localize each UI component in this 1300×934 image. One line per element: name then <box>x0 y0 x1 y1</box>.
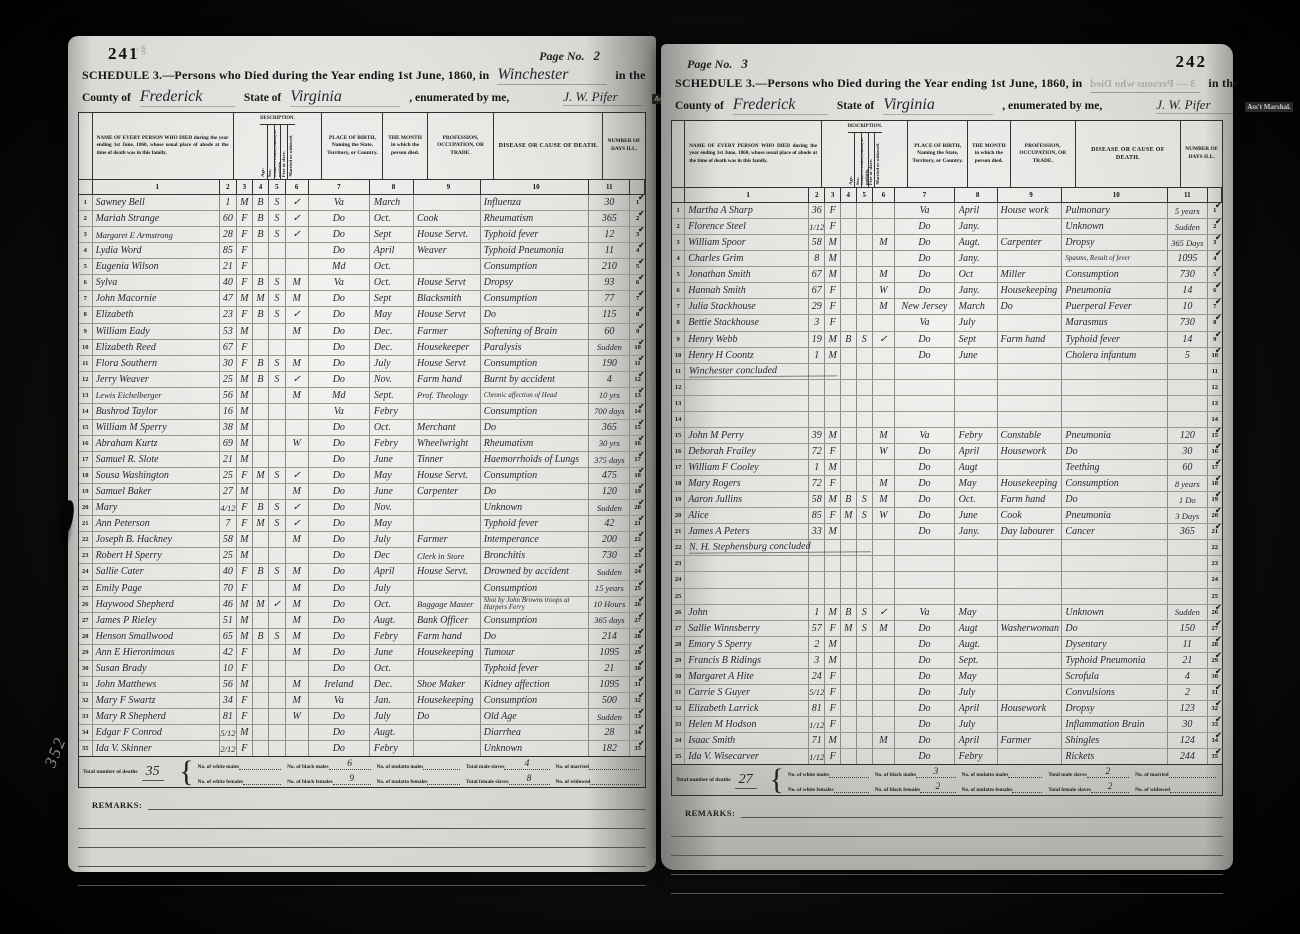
occupation-cell <box>998 749 1063 764</box>
cause-cell-text: Unknown <box>1065 607 1103 618</box>
days-ill-cell: 93 <box>589 275 630 290</box>
days-ill-cell: 2 <box>1168 685 1208 700</box>
birthplace-cell-text: Do <box>918 526 930 537</box>
name-cell: William Eady <box>93 324 220 339</box>
name-cell-text: William F Cooley <box>688 462 759 473</box>
married-cell <box>873 637 896 652</box>
slave-cell-text: S <box>862 334 867 345</box>
color-cell <box>841 219 857 234</box>
cause-cell-text: Typhoid Pneumonia <box>484 245 564 256</box>
birthplace-cell: Do <box>309 661 370 676</box>
cause-cell <box>1062 412 1168 427</box>
age-cell-text: 27 <box>223 486 233 497</box>
cause-cell-text: Do <box>1065 623 1077 634</box>
table-row: 1Martha A Sharp36FVaAprilHouse workPulmo… <box>672 203 1222 219</box>
column-number: 8 <box>955 188 998 202</box>
sex-cell-text: M <box>828 526 836 537</box>
name-cell-text: Ida V. Wisecarver <box>688 751 759 762</box>
birthplace-cell-text: Do <box>918 623 930 634</box>
days-ill-cell-text: 21 <box>1182 655 1192 666</box>
cause-cell: Typhoid fever <box>481 227 590 242</box>
sex-cell-text: M <box>240 293 248 304</box>
color-cell-text: B <box>257 229 263 240</box>
cause-cell-text: Consumption <box>1065 269 1118 280</box>
birthplace-cell-text: Do <box>918 478 930 489</box>
column-number: 10 <box>1062 188 1168 202</box>
days-ill-cell: 10 yrs <box>589 388 630 403</box>
cause-cell <box>1062 396 1168 411</box>
month-cell-text: March <box>374 197 400 208</box>
row-number-cell: 5 <box>79 259 93 274</box>
cause-cell-text: Unknown <box>484 502 522 513</box>
color-cell: M <box>253 516 269 531</box>
cause-cell-text: Puerperal Fever <box>1065 301 1131 312</box>
table-row: 26John1MBS✓VaMayUnknownSudden26✓ <box>672 605 1222 621</box>
cause-cell-text: Influenza <box>484 197 521 208</box>
row-number-cell: 8 <box>79 307 93 322</box>
name-cell-text: James P Rieley <box>96 615 157 626</box>
occupation-cell: House Servt <box>414 307 481 322</box>
birthplace-cell <box>895 572 954 587</box>
occupation-cell-text: Farmer <box>417 534 448 545</box>
table-row: 28Emory S Sperry2MDoAugt.Dysentary1128✓ <box>672 637 1222 653</box>
sex-cell-text: M <box>240 534 248 545</box>
occupation-cell-text: House Servt <box>417 358 466 369</box>
married-cell <box>873 589 896 604</box>
cause-cell: Burnt by accident <box>481 372 590 387</box>
occupation-cell-text: House work <box>1001 205 1049 216</box>
row-number-cell: 20 <box>672 508 685 523</box>
occupation-cell <box>998 589 1063 604</box>
married-cell <box>286 340 309 355</box>
days-ill-cell: Sudden <box>589 340 630 355</box>
state-label: State of <box>837 100 874 112</box>
cause-cell: Pneumonia <box>1062 283 1168 298</box>
age-cell <box>809 572 826 587</box>
checkmark: ✓ <box>638 243 645 251</box>
totals-item-label: No. of mulatto males <box>962 772 1009 778</box>
color-cell <box>253 340 269 355</box>
color-cell <box>841 749 857 764</box>
color-cell <box>841 572 857 587</box>
name-cell-text: Haywood Shepherd <box>96 599 174 610</box>
sex-cell-text: F <box>241 583 247 594</box>
birthplace-cell-text: Do <box>918 253 930 264</box>
days-ill-cell-text: Sudden <box>597 503 622 513</box>
cause-cell: Scrofula <box>1062 669 1168 684</box>
married-cell <box>286 741 309 756</box>
remarks-rule <box>671 818 1223 837</box>
month-cell: July <box>370 581 414 596</box>
color-cell <box>841 428 857 443</box>
days-ill-cell-text: 30 <box>1182 719 1192 730</box>
name-cell: Robert H Sperry <box>93 548 220 563</box>
month-cell-text: April <box>959 735 980 746</box>
birthplace-cell-text: Va <box>919 430 929 441</box>
age-cell-text: 1/12 <box>809 752 824 762</box>
days-ill-cell: 60 <box>589 324 630 339</box>
row-number-cell: 18 <box>672 476 685 491</box>
slave-cell <box>857 412 873 427</box>
row-number-cell: 12 <box>672 380 685 395</box>
sex-cell: F <box>825 669 840 684</box>
age-cell: 72 <box>809 476 826 491</box>
row-number-cell: 17✓ <box>1208 460 1222 475</box>
month-cell-text: Febry <box>959 430 983 441</box>
days-ill-cell-text: 10 yrs <box>599 390 620 400</box>
cause-cell: Bronchitis <box>481 548 590 563</box>
color-cell <box>253 709 269 724</box>
cause-cell-text: Do <box>484 631 496 642</box>
column-number: 10 <box>481 180 590 194</box>
slave-cell-text: S <box>862 494 867 505</box>
birthplace-cell-text: Do <box>333 486 345 497</box>
sex-cell: F <box>825 444 840 459</box>
month-cell: Febry <box>955 749 998 764</box>
month-cell: Febry <box>370 629 414 644</box>
cause-cell-text: Convulsions <box>1065 687 1114 698</box>
color-cell-text: B <box>257 309 263 320</box>
totals-item: No. of white males <box>788 772 869 778</box>
age-cell: 1 <box>809 605 826 620</box>
month-cell-text: Sept <box>374 229 391 240</box>
row-number-cell: 9✓ <box>1208 332 1222 347</box>
birthplace-cell-text: Do <box>918 350 930 361</box>
mortality-table: NAME OF EVERY PERSON WHO DIED during the… <box>671 120 1223 765</box>
month-cell-text: Oct. <box>374 663 391 674</box>
row-number-cell: 29✓ <box>1208 653 1222 668</box>
month-cell: Jany. <box>955 251 998 266</box>
age-cell-text: 39 <box>812 430 822 441</box>
empty-cell <box>1168 364 1208 379</box>
month-cell-text: May <box>959 607 977 618</box>
days-ill-cell-text: 8 years <box>1175 479 1200 489</box>
age-cell-text: 57 <box>812 623 822 634</box>
color-cell <box>253 548 269 563</box>
birthplace-cell: Do <box>309 468 370 483</box>
column-number: 6 <box>873 188 896 202</box>
remarks-label: REMARKS: <box>92 800 142 810</box>
month-cell-text: Augt <box>959 462 978 473</box>
married-cell-text: ✓ <box>292 213 300 224</box>
name-cell-text: John M Perry <box>688 430 744 441</box>
checkmark: ✓ <box>638 404 645 412</box>
birthplace-cell: Do <box>895 476 954 491</box>
days-ill-cell: 1095 <box>1168 251 1208 266</box>
month-cell: April <box>955 701 998 716</box>
cause-cell: Kidney affection <box>481 677 590 692</box>
birthplace-cell-text: Va <box>919 205 929 216</box>
birthplace-cell-text: Do <box>333 631 345 642</box>
totals-item-value <box>589 769 639 770</box>
age-cell-text: 40 <box>223 277 233 288</box>
slave-cell-text: S <box>274 293 279 304</box>
checkmark: ✓ <box>638 388 645 396</box>
month-cell: Dec. <box>370 324 414 339</box>
row-number-cell: 7✓ <box>630 291 645 306</box>
name-cell-text: Jonathan Smith <box>688 269 751 280</box>
age-cell: 56 <box>220 388 237 403</box>
slave-cell-text: S <box>274 374 279 385</box>
month-cell: April <box>955 444 998 459</box>
month-cell <box>955 556 998 571</box>
married-cell <box>873 556 896 571</box>
days-ill-cell-text: 4 <box>1185 671 1190 682</box>
occupation-cell: Prof. Theology <box>414 388 481 403</box>
row-number-cell: 3✓ <box>630 227 645 242</box>
table-row: 23Robert H Sperry25MDoDecClerk in StoreB… <box>79 548 645 564</box>
row-number-cell: 10 <box>79 340 93 355</box>
married-cell <box>286 725 309 740</box>
occupation-cell-text: Weaver <box>417 245 447 256</box>
table-row: 1414 <box>672 412 1222 428</box>
color-cell <box>253 613 269 628</box>
color-cell <box>253 484 269 499</box>
birthplace-cell-text: Do <box>333 213 345 224</box>
age-cell: 21 <box>220 259 237 274</box>
row-number-cell: 1✓ <box>1208 203 1222 218</box>
month-cell-text: Sept <box>959 334 976 345</box>
totals-lines: No. of white malesNo. of black males6No.… <box>198 757 645 787</box>
age-cell-text: 25 <box>223 470 233 481</box>
month-cell-text: July <box>374 358 391 369</box>
schedule-title: SCHEDULE 3.—Persons who Died during the … <box>675 74 1225 93</box>
birthplace-cell-text: Do <box>333 422 345 433</box>
row-number-cell: 29✓ <box>630 645 645 660</box>
row-number-cell: 2 <box>672 219 685 234</box>
empty-cell <box>1062 364 1168 379</box>
occupation-cell: Do <box>414 709 481 724</box>
total-deaths-value: 35 <box>142 764 164 781</box>
month-cell-text: June <box>374 454 393 465</box>
row-number-cell: 20✓ <box>630 500 645 515</box>
age-cell: 1 <box>220 195 237 210</box>
month-cell: Oct. <box>370 420 414 435</box>
row-number-cell: 15 <box>79 420 93 435</box>
birthplace-cell: Do <box>895 267 954 282</box>
checkmark: ✓ <box>1215 749 1222 757</box>
married-cell: M <box>286 275 309 290</box>
totals-item-value <box>423 769 460 770</box>
married-cell: M <box>286 484 309 499</box>
sex-cell-text: F <box>241 711 247 722</box>
occupation-cell: House Servt <box>414 356 481 371</box>
slave-cell-text: S <box>274 277 279 288</box>
days-ill-cell-text: 5 years <box>1175 206 1200 216</box>
row-number-cell: 6✓ <box>630 275 645 290</box>
row-number-cell: 20✓ <box>1208 508 1222 523</box>
sex-cell-text: F <box>830 510 836 521</box>
cause-cell-text: Inflammation Brain <box>1065 719 1144 730</box>
days-ill-cell-text: Sudden <box>597 567 622 577</box>
age-cell: 72 <box>809 444 826 459</box>
checkmark: ✓ <box>638 709 645 717</box>
table-row: 31Carrie S Guyer5/12FDoJulyConvulsions23… <box>672 685 1222 701</box>
month-cell: May <box>370 468 414 483</box>
sex-cell: M <box>825 348 840 363</box>
checkmark: ✓ <box>1215 332 1222 340</box>
month-cell-text: Nov. <box>374 374 392 385</box>
name-cell-text: Hannah Smith <box>688 285 746 296</box>
occupation-cell-text: Housework <box>1001 703 1047 714</box>
birthplace-cell <box>895 412 954 427</box>
birthplace-cell-text: Do <box>333 599 345 610</box>
days-ill-cell: 5 years <box>1168 203 1208 218</box>
name-cell: Flora Southern <box>93 356 220 371</box>
row-number-cell: 9 <box>79 324 93 339</box>
sex-cell-text: M <box>828 237 836 248</box>
table-row: 35Ida V. Wisecarver1/12FDoFebryRickets24… <box>672 749 1222 764</box>
month-cell-text: Oct. <box>374 277 391 288</box>
occupation-cell: Farmer <box>998 733 1063 748</box>
totals-item-value: 2 <box>920 783 955 793</box>
age-cell-text: 46 <box>223 599 233 610</box>
name-cell: John Macornie <box>93 291 220 306</box>
sex-cell: F <box>825 219 840 234</box>
age-cell-text: 1 <box>225 197 230 208</box>
days-ill-cell: 12 <box>589 227 630 242</box>
occupation-cell: House Servt. <box>414 468 481 483</box>
age-cell: 40 <box>220 275 237 290</box>
name-cell: Edgar F Conrod <box>93 725 220 740</box>
color-cell-text: B <box>845 494 851 505</box>
color-cell <box>841 444 857 459</box>
birthplace-cell: Va <box>895 428 954 443</box>
sex-cell-text: F <box>241 229 247 240</box>
sex-cell-text: F <box>241 213 247 224</box>
occupation-cell-text: Miller <box>1001 269 1026 280</box>
married-cell <box>286 404 309 419</box>
birthplace-cell: Do <box>309 227 370 242</box>
married-cell: M <box>286 564 309 579</box>
age-cell-text: 56 <box>223 390 233 401</box>
color-cell <box>841 524 857 539</box>
checkmark: ✓ <box>1215 621 1222 629</box>
days-ill-cell: 11 <box>1168 637 1208 652</box>
sex-cell: M <box>237 629 253 644</box>
age-cell-text: 72 <box>812 478 822 489</box>
age-cell: 25 <box>220 468 237 483</box>
month-cell-text: April <box>374 245 395 256</box>
slave-cell <box>269 693 285 708</box>
table-row: 16Deborah Frailey72FWDoAprilHouseworkDo3… <box>672 444 1222 460</box>
occupation-cell <box>998 380 1063 395</box>
cause-cell: Dropsy <box>1062 701 1168 716</box>
district-concluded-note: Winchester concluded <box>688 364 836 377</box>
married-cell-text: M <box>292 486 300 497</box>
married-cell <box>873 653 896 668</box>
married-cell-text: M <box>879 430 887 441</box>
name-cell-text: Abraham Kurtz <box>96 438 158 449</box>
row-number-cell: 35✓ <box>1208 749 1222 764</box>
sex-cell-text: M <box>828 607 836 618</box>
birthplace-cell-text: Do <box>918 334 930 345</box>
name-cell-text: Sallie Winnsberry <box>688 623 759 634</box>
days-ill-cell-text: 60 <box>604 326 614 337</box>
slave-cell <box>269 243 285 258</box>
checkmark: ✓ <box>638 484 645 492</box>
column-header-occupation: PROFESSION, OCCUPATION, OR TRADE. <box>428 113 495 179</box>
name-cell-text: Samuel Baker <box>96 486 152 497</box>
age-cell: 70 <box>220 581 237 596</box>
row-number-cell: 31 <box>672 685 685 700</box>
page-no-label: Page No. <box>687 57 732 71</box>
married-cell-text: ✓ <box>879 607 887 618</box>
days-ill-cell-text: 150 <box>1180 623 1195 634</box>
table-row: 26Haywood Shepherd46MM✓MDoOct.Baggage Ma… <box>79 597 645 613</box>
occupation-cell: Blacksmith <box>414 291 481 306</box>
color-cell: B <box>253 211 269 226</box>
table-row: 16Abraham Kurtz69MWDoFebryWheelwrightRhe… <box>79 436 645 452</box>
color-cell <box>841 396 857 411</box>
totals-item-label: Total male slaves <box>466 764 504 770</box>
slave-cell <box>269 709 285 724</box>
color-cell <box>253 243 269 258</box>
sex-cell: M <box>237 404 253 419</box>
row-number-cell: 11 <box>79 356 93 371</box>
days-ill-cell: 8 years <box>1168 476 1208 491</box>
days-ill-cell: Sudden <box>589 564 630 579</box>
checkmark: ✓ <box>1215 524 1222 532</box>
age-cell-text: 3 <box>814 655 819 666</box>
married-cell-text: M <box>292 631 300 642</box>
birthplace-cell-text: Md <box>332 261 345 272</box>
cause-cell-text: Rheumatism <box>484 213 533 224</box>
table-header: NAME OF EVERY PERSON WHO DIED during the… <box>672 121 1222 188</box>
birthplace-cell-text: Do <box>918 237 930 248</box>
table-row: 2323 <box>672 556 1222 572</box>
color-cell <box>841 412 857 427</box>
month-cell-text: Augt. <box>374 727 395 738</box>
birthplace-cell-text: Do <box>333 663 345 674</box>
occupation-cell-text: Wheelwright <box>417 438 468 449</box>
days-ill-cell: 700 days <box>589 404 630 419</box>
table-row: 22Joseph B. Hackney58MMDoJulyFarmerIntem… <box>79 532 645 548</box>
name-cell-text: John Matthews <box>96 679 157 690</box>
row-number-cell: 3 <box>672 235 685 250</box>
column-number-row: 1234567891011 <box>79 180 645 195</box>
married-cell-text: W <box>879 285 887 296</box>
totals-item: No. of black females9 <box>287 775 370 785</box>
married-cell: ✓ <box>286 211 309 226</box>
column-number: 2 <box>220 180 237 194</box>
row-number-cell: 14 <box>79 404 93 419</box>
sex-cell-text: F <box>241 502 247 513</box>
occupation-cell: Weaver <box>414 243 481 258</box>
days-ill-cell-text: Sudden <box>597 712 622 722</box>
column-header-sex: Sex. <box>855 133 862 187</box>
slave-cell <box>857 669 873 684</box>
checkmark: ✓ <box>1215 653 1222 661</box>
days-ill-cell-text: 28 <box>604 727 614 738</box>
brace-glyph: { <box>770 767 784 793</box>
row-number-cell: 16✓ <box>630 436 645 451</box>
married-cell-text: ✓ <box>292 470 300 481</box>
sex-cell: F <box>237 468 253 483</box>
occupation-cell: Carpenter <box>998 235 1063 250</box>
days-ill-cell: 182 <box>589 741 630 756</box>
name-cell-text: Ann E Hieronimous <box>96 647 175 658</box>
occupation-cell-text: Cook <box>1001 510 1022 521</box>
occupation-cell: Housework <box>998 701 1063 716</box>
sex-cell-text: M <box>828 639 836 650</box>
birthplace-cell-text: Do <box>918 510 930 521</box>
row-number-cell: 21 <box>79 516 93 531</box>
table-header: NAME OF EVERY PERSON WHO DIED during the… <box>79 113 645 180</box>
cause-cell: Diarrhea <box>481 725 590 740</box>
row-number-cell: 32 <box>79 693 93 708</box>
color-cell: B <box>253 227 269 242</box>
